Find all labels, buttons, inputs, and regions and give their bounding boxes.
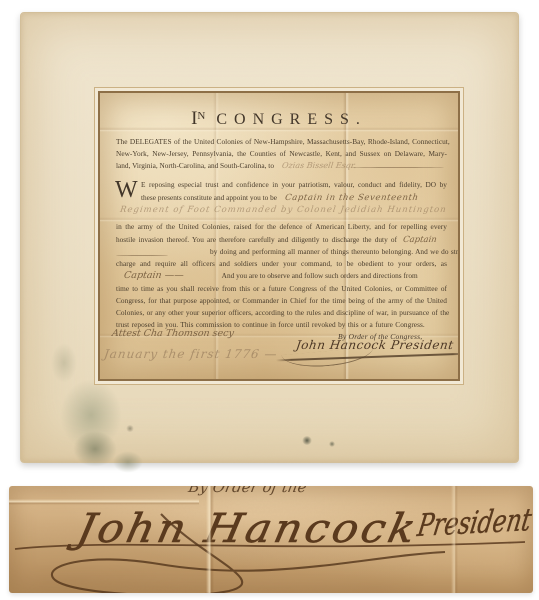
body-line-7: charge and require all officers and sold… <box>116 260 447 268</box>
title-small-n: N <box>197 110 205 122</box>
fold-crease <box>206 486 214 593</box>
strip-signature-title: President <box>414 502 533 543</box>
body-line-2-printed: these presents constitute and appoint yo… <box>141 193 277 202</box>
strip-signature-name: John Hancock <box>66 504 423 551</box>
title-congress: CONGRESS. <box>216 111 367 128</box>
delegates-line-3-printed: land, Virginia, North-Carolina, and Sout… <box>116 161 274 170</box>
body-line-2: these presents constitute and appoint yo… <box>141 193 447 203</box>
body-line-11: Colonies, or any other your superior off… <box>116 309 447 317</box>
body-line-9: time to time as you shall receive from t… <box>116 285 447 293</box>
mold-stain <box>113 451 143 473</box>
body-line-5-printed: hostile invasion thereof. You are theref… <box>116 235 397 244</box>
fold-crease <box>451 486 458 593</box>
body-line-1: E reposing especial trust and confidence… <box>141 181 447 189</box>
delegates-line-1: The DELEGATES of the United Colonies of … <box>116 138 447 146</box>
rank-script: Captain in the Seventeenth <box>284 193 419 203</box>
body-line-8: Captain —— And you are to observe and fo… <box>116 270 447 281</box>
body-line-6: by doing and performing all manner of th… <box>210 248 447 256</box>
fold-crease <box>9 499 199 505</box>
hancock-signature: John Hancock President <box>295 338 455 352</box>
clipped-text: By Order of the Congress, <box>187 486 367 497</box>
appointee-name-script: Ozias Bissell Esqr. <box>281 161 357 170</box>
regiment-script: Regiment of Foot Commanded by Colonel Je… <box>119 205 447 215</box>
attest-script: Attest Cha Thomson secy <box>111 328 234 339</box>
dropcap-w: W <box>115 179 138 201</box>
flourish-line <box>116 255 168 256</box>
mat-window: INCONGRESS. The DELEGATES of the United … <box>98 91 460 381</box>
signature-detail-strip: John Hancock President By Order of the C… <box>9 486 533 593</box>
duty-rank-script: Captain <box>402 235 437 245</box>
ink-speck <box>126 425 134 432</box>
commission-document: INCONGRESS. The DELEGATES of the United … <box>100 93 458 379</box>
body-line-10: Congress, for that purpose appointed, or… <box>116 297 447 305</box>
delegates-line-3: land, Virginia, North-Carolina, and Sout… <box>116 161 447 170</box>
mold-stain <box>51 343 77 383</box>
photo-stage: INCONGRESS. The DELEGATES of the United … <box>0 0 539 600</box>
ink-speck <box>302 436 312 445</box>
clipped-text-fragment: By Order of the Congress, <box>187 486 367 497</box>
body-line-4: in the army of the United Colonies, rais… <box>116 223 447 231</box>
body-line-3: Regiment of Foot Commanded by Colonel Je… <box>120 205 451 215</box>
captain-script: Captain —— <box>123 270 184 281</box>
delegates-line-2: New-York, New-Jersey, Pennsylvania, the … <box>116 150 447 158</box>
body-line-8-printed: And you are to observe and follow such o… <box>222 271 418 280</box>
date-script: January the first 1776 — <box>103 347 279 361</box>
mold-stain <box>73 431 117 467</box>
body-line-5: hostile invasion thereof. You are theref… <box>116 235 447 245</box>
mold-stain <box>59 378 123 452</box>
ink-speck <box>329 441 335 447</box>
document-title: INCONGRESS. <box>100 108 458 130</box>
flourish-line <box>350 167 444 168</box>
mat-board: INCONGRESS. The DELEGATES of the United … <box>20 12 519 463</box>
